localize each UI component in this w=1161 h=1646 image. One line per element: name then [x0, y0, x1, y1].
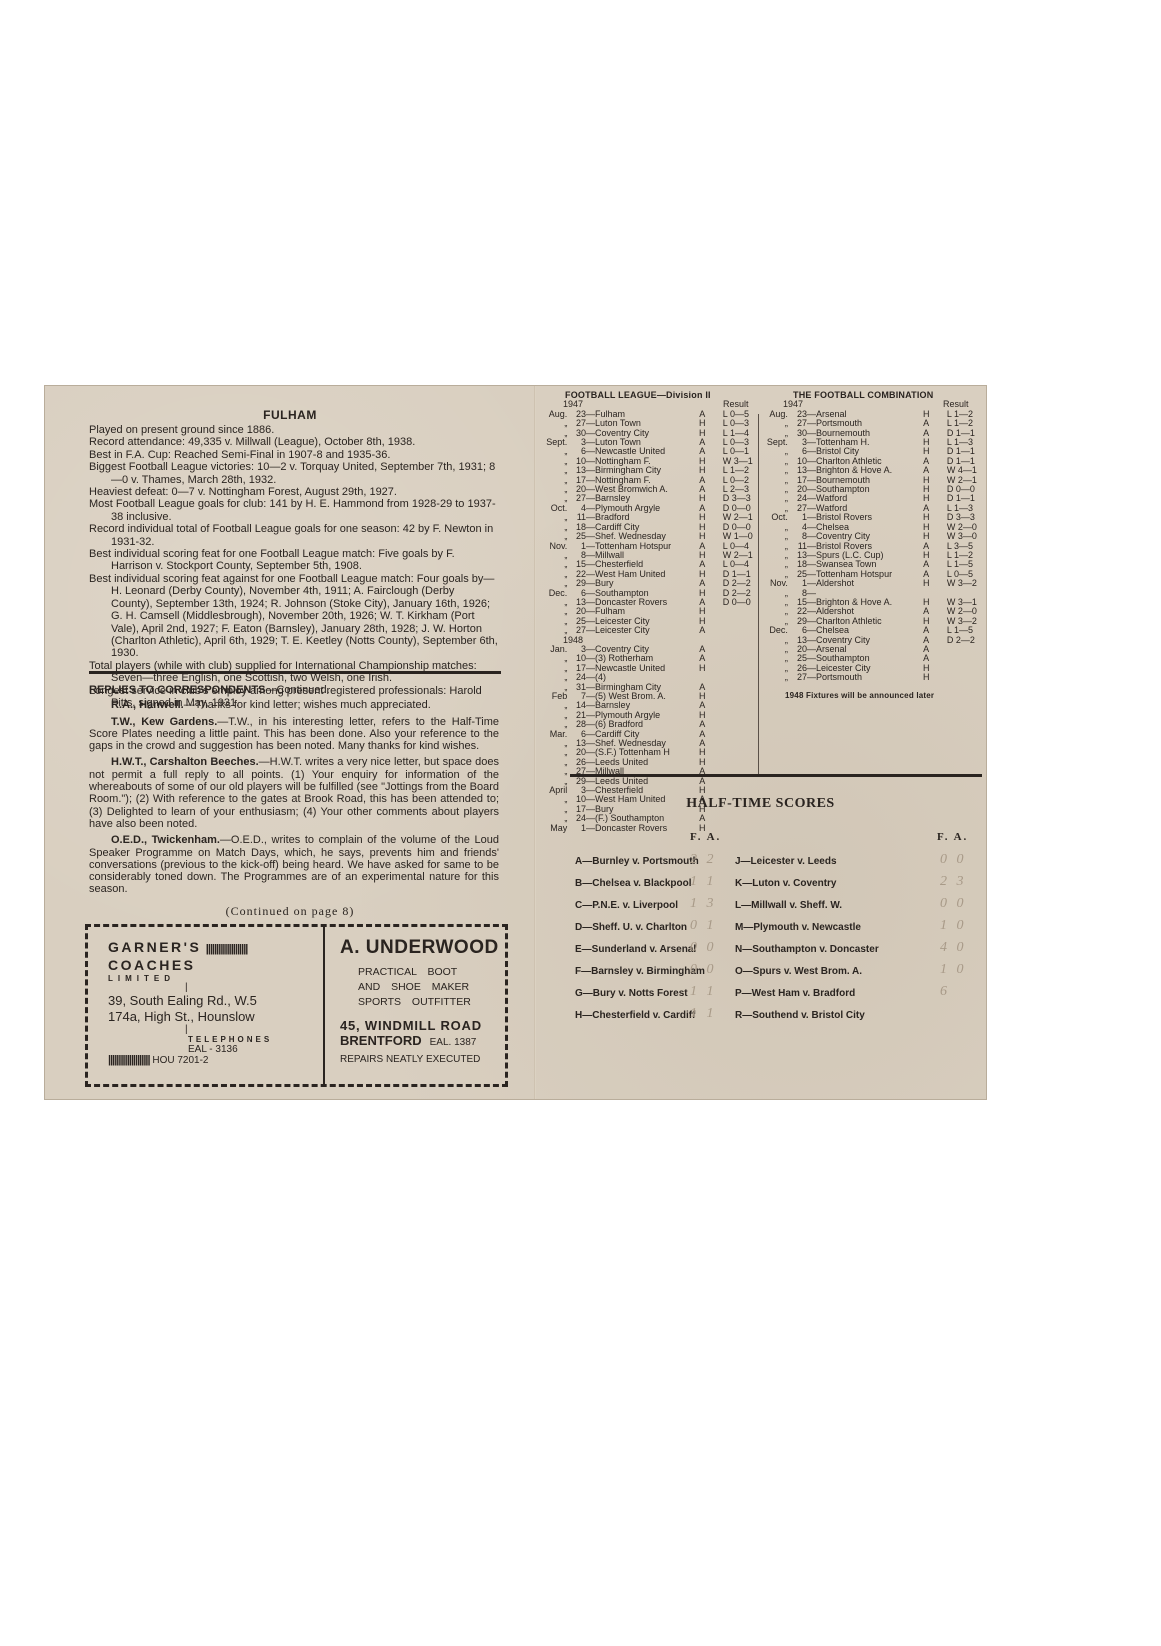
- fixture-result: [709, 617, 760, 626]
- underwood-advert: A. UNDERWOOD PRACTICAL BOOT AND SHOE MAK…: [340, 937, 505, 1065]
- advert-box: GARNER'S |||||||||||||||||||| COACHES LI…: [85, 924, 508, 1087]
- fixture-row: „27—PortsmouthH: [765, 673, 985, 682]
- continued-note: (Continued on page 8): [45, 904, 535, 919]
- handwritten-score: 1 3: [690, 896, 717, 912]
- reply-correspondent: T.W., Kew Gardens.: [111, 716, 217, 728]
- half-time-fixture: R—Southend v. Bristol City: [735, 1010, 865, 1021]
- replies-heading: REPLIES TO CORRESPONDENTS—Continued.: [89, 684, 499, 696]
- reply-item: T.W., Kew Gardens.—T.W., in his interest…: [89, 716, 499, 753]
- fixture-result: [709, 673, 760, 682]
- half-time-fixture: O—Spurs v. West Brom. A.: [735, 966, 862, 977]
- club-fact: Heaviest defeat: 0—7 v. Nottingham Fores…: [89, 486, 499, 498]
- club-fact: Played on present ground since 1886.: [89, 424, 499, 436]
- club-fact: Record individual total of Football Leag…: [89, 523, 499, 548]
- half-time-fixture: H—Chesterfield v. Cardiff: [575, 1010, 695, 1021]
- section-divider: [89, 671, 501, 674]
- fixture-result: [709, 626, 760, 635]
- fixture-result: [709, 814, 760, 823]
- combination-fixtures: THE FOOTBALL COMBINATION 1947Result Aug.…: [765, 391, 985, 700]
- fixture-result: [709, 664, 760, 673]
- fixture-result: [709, 748, 760, 757]
- club-fact: Best individual scoring feat against for…: [89, 573, 499, 660]
- club-fact: Best in F.A. Cup: Reached Semi-Final in …: [89, 449, 499, 461]
- advert-divider: [323, 927, 325, 1084]
- half-time-fixture: C—P.N.E. v. Liverpool: [575, 900, 678, 911]
- fixture-month: „: [765, 673, 790, 682]
- fixture-day: 1: [569, 824, 586, 833]
- fixture-result: [709, 683, 760, 692]
- half-time-fixture: N—Southampton v. Doncaster: [735, 944, 879, 955]
- fixture-venue: H: [920, 579, 933, 588]
- handwritten-score: 1 0: [940, 962, 967, 978]
- fixture-result: [709, 739, 760, 748]
- handwritten-score: 0 0: [940, 896, 967, 912]
- replies-section: REPLIES TO CORRESPONDENTS—Continued. R.A…: [89, 684, 499, 900]
- replies-list: R.A., Hanwell.—Thanks for kind letter; w…: [89, 699, 499, 895]
- fixture-result: [933, 645, 985, 654]
- fixture-result: D 2—2: [933, 636, 985, 645]
- reply-item: O.E.D., Twickenham.—O.E.D., writes to co…: [89, 834, 499, 895]
- right-page: FOOTBALL LEAGUE—Division II 1947Result A…: [535, 386, 986, 1099]
- half-time-fixture: J—Leicester v. Leeds: [735, 856, 837, 867]
- fixture-opponent: —Leicester City: [586, 626, 696, 635]
- half-time-title: HALF-TIME SCORES: [535, 796, 986, 812]
- fixture-row: „29—Leeds UnitedA: [545, 777, 760, 786]
- fixture-result: [709, 720, 760, 729]
- fixture-result: [709, 692, 760, 701]
- handwritten-score: 0 1: [690, 918, 717, 934]
- fixture-result: [933, 673, 985, 682]
- fixture-row: May1—Doncaster RoversH: [545, 824, 760, 833]
- fixture-result: [709, 730, 760, 739]
- fixture-result: [709, 777, 760, 786]
- handwritten-score: 1 1: [690, 1006, 717, 1022]
- half-time-fixture: M—Plymouth v. Newcastle: [735, 922, 861, 933]
- fixture-result: [709, 711, 760, 720]
- column-divider: [758, 414, 759, 774]
- fixture-venue: H: [920, 673, 933, 682]
- garners-coaches-advert: GARNER'S |||||||||||||||||||| COACHES LI…: [108, 939, 308, 1066]
- fixture-venue: A: [696, 626, 709, 635]
- fixture-result: W 3—2: [933, 579, 985, 588]
- handwritten-score: 2 3: [940, 874, 967, 890]
- fixture-result: [709, 786, 760, 795]
- club-title: FULHAM: [45, 408, 535, 422]
- fixture-opponent: —Portsmouth: [807, 673, 919, 682]
- fixture-month: May: [545, 824, 569, 833]
- club-facts: Played on present ground since 1886.Reco…: [89, 424, 499, 709]
- fixture-venue: H: [696, 664, 709, 673]
- club-fact: Best individual scoring feat for one Foo…: [89, 548, 499, 573]
- handwritten-score: 0 0: [940, 852, 967, 868]
- fixture-opponent: —Aldershot: [807, 579, 919, 588]
- half-time-fixture: E—Sunderland v. Arsenal: [575, 944, 696, 955]
- fixture-result: [933, 664, 985, 673]
- fixture-result: D 0—0: [709, 598, 760, 607]
- fixture-result: [709, 645, 760, 654]
- half-time-fixture: B—Chelsea v. Blackpool: [575, 878, 692, 889]
- league-fixtures: FOOTBALL LEAGUE—Division II 1947Result A…: [545, 391, 760, 833]
- handwritten-score: 1 1: [690, 984, 717, 1000]
- programme-spread: FULHAM Played on present ground since 18…: [45, 386, 986, 1099]
- fixture-opponent: —Doncaster Rovers: [586, 824, 696, 833]
- combination-list: Aug.23—ArsenalHL 1—2„27—PortsmouthAL 1—2…: [765, 410, 985, 683]
- half-time-fixture: K—Luton v. Coventry: [735, 878, 836, 889]
- half-time-fixture: A—Burnley v. Portsmouth: [575, 856, 699, 867]
- reply-correspondent: H.W.T., Carshalton Beeches.: [111, 756, 259, 768]
- reply-item: H.W.T., Carshalton Beeches.—H.W.T. write…: [89, 756, 499, 830]
- handwritten-score: 4 0: [940, 940, 967, 956]
- club-fact: Record attendance: 49,335 v. Millwall (L…: [89, 436, 499, 448]
- fixture-result: [933, 654, 985, 663]
- reply-correspondent: R.A., Hanwell.: [111, 699, 184, 711]
- left-page: FULHAM Played on present ground since 18…: [45, 386, 535, 1099]
- fixture-row: „28—(6) BradfordA: [545, 720, 760, 729]
- handwritten-score: 0 0: [690, 962, 717, 978]
- fixture-result: [709, 701, 760, 710]
- half-time-fixture: F—Barnsley v. Birmingham: [575, 966, 705, 977]
- handwritten-score: 1 1: [690, 874, 717, 890]
- handwritten-score: 6: [940, 984, 950, 1000]
- handwritten-score: 1 0: [940, 918, 967, 934]
- handwritten-score: 0 0: [690, 940, 717, 956]
- fixture-result: [709, 607, 760, 616]
- reply-item: R.A., Hanwell.—Thanks for kind letter; w…: [89, 699, 499, 711]
- fixture-row: Nov.1—AldershotHW 3—2: [765, 579, 985, 588]
- fixture-day: 27: [790, 673, 807, 682]
- handwritten-score: 2 2: [690, 852, 717, 868]
- club-fact: Biggest Football League victories: 10—2 …: [89, 461, 499, 486]
- fixture-result: [709, 758, 760, 767]
- section-divider: [570, 774, 982, 777]
- club-fact: Most Football League goals for club: 141…: [89, 498, 499, 523]
- half-time-fixture: D—Sheff. U. v. Charlton: [575, 922, 687, 933]
- half-time-fixture: G—Bury v. Notts Forest: [575, 988, 688, 999]
- half-time-fixture: P—West Ham v. Bradford: [735, 988, 855, 999]
- fixture-result: [709, 654, 760, 663]
- league-1947-list: Aug.23—FulhamAL 0—5„27—Luton TownHL 0—3„…: [545, 410, 760, 636]
- half-time-fixture: L—Millwall v. Sheff. W.: [735, 900, 842, 911]
- reply-correspondent: O.E.D., Twickenham.: [111, 834, 220, 846]
